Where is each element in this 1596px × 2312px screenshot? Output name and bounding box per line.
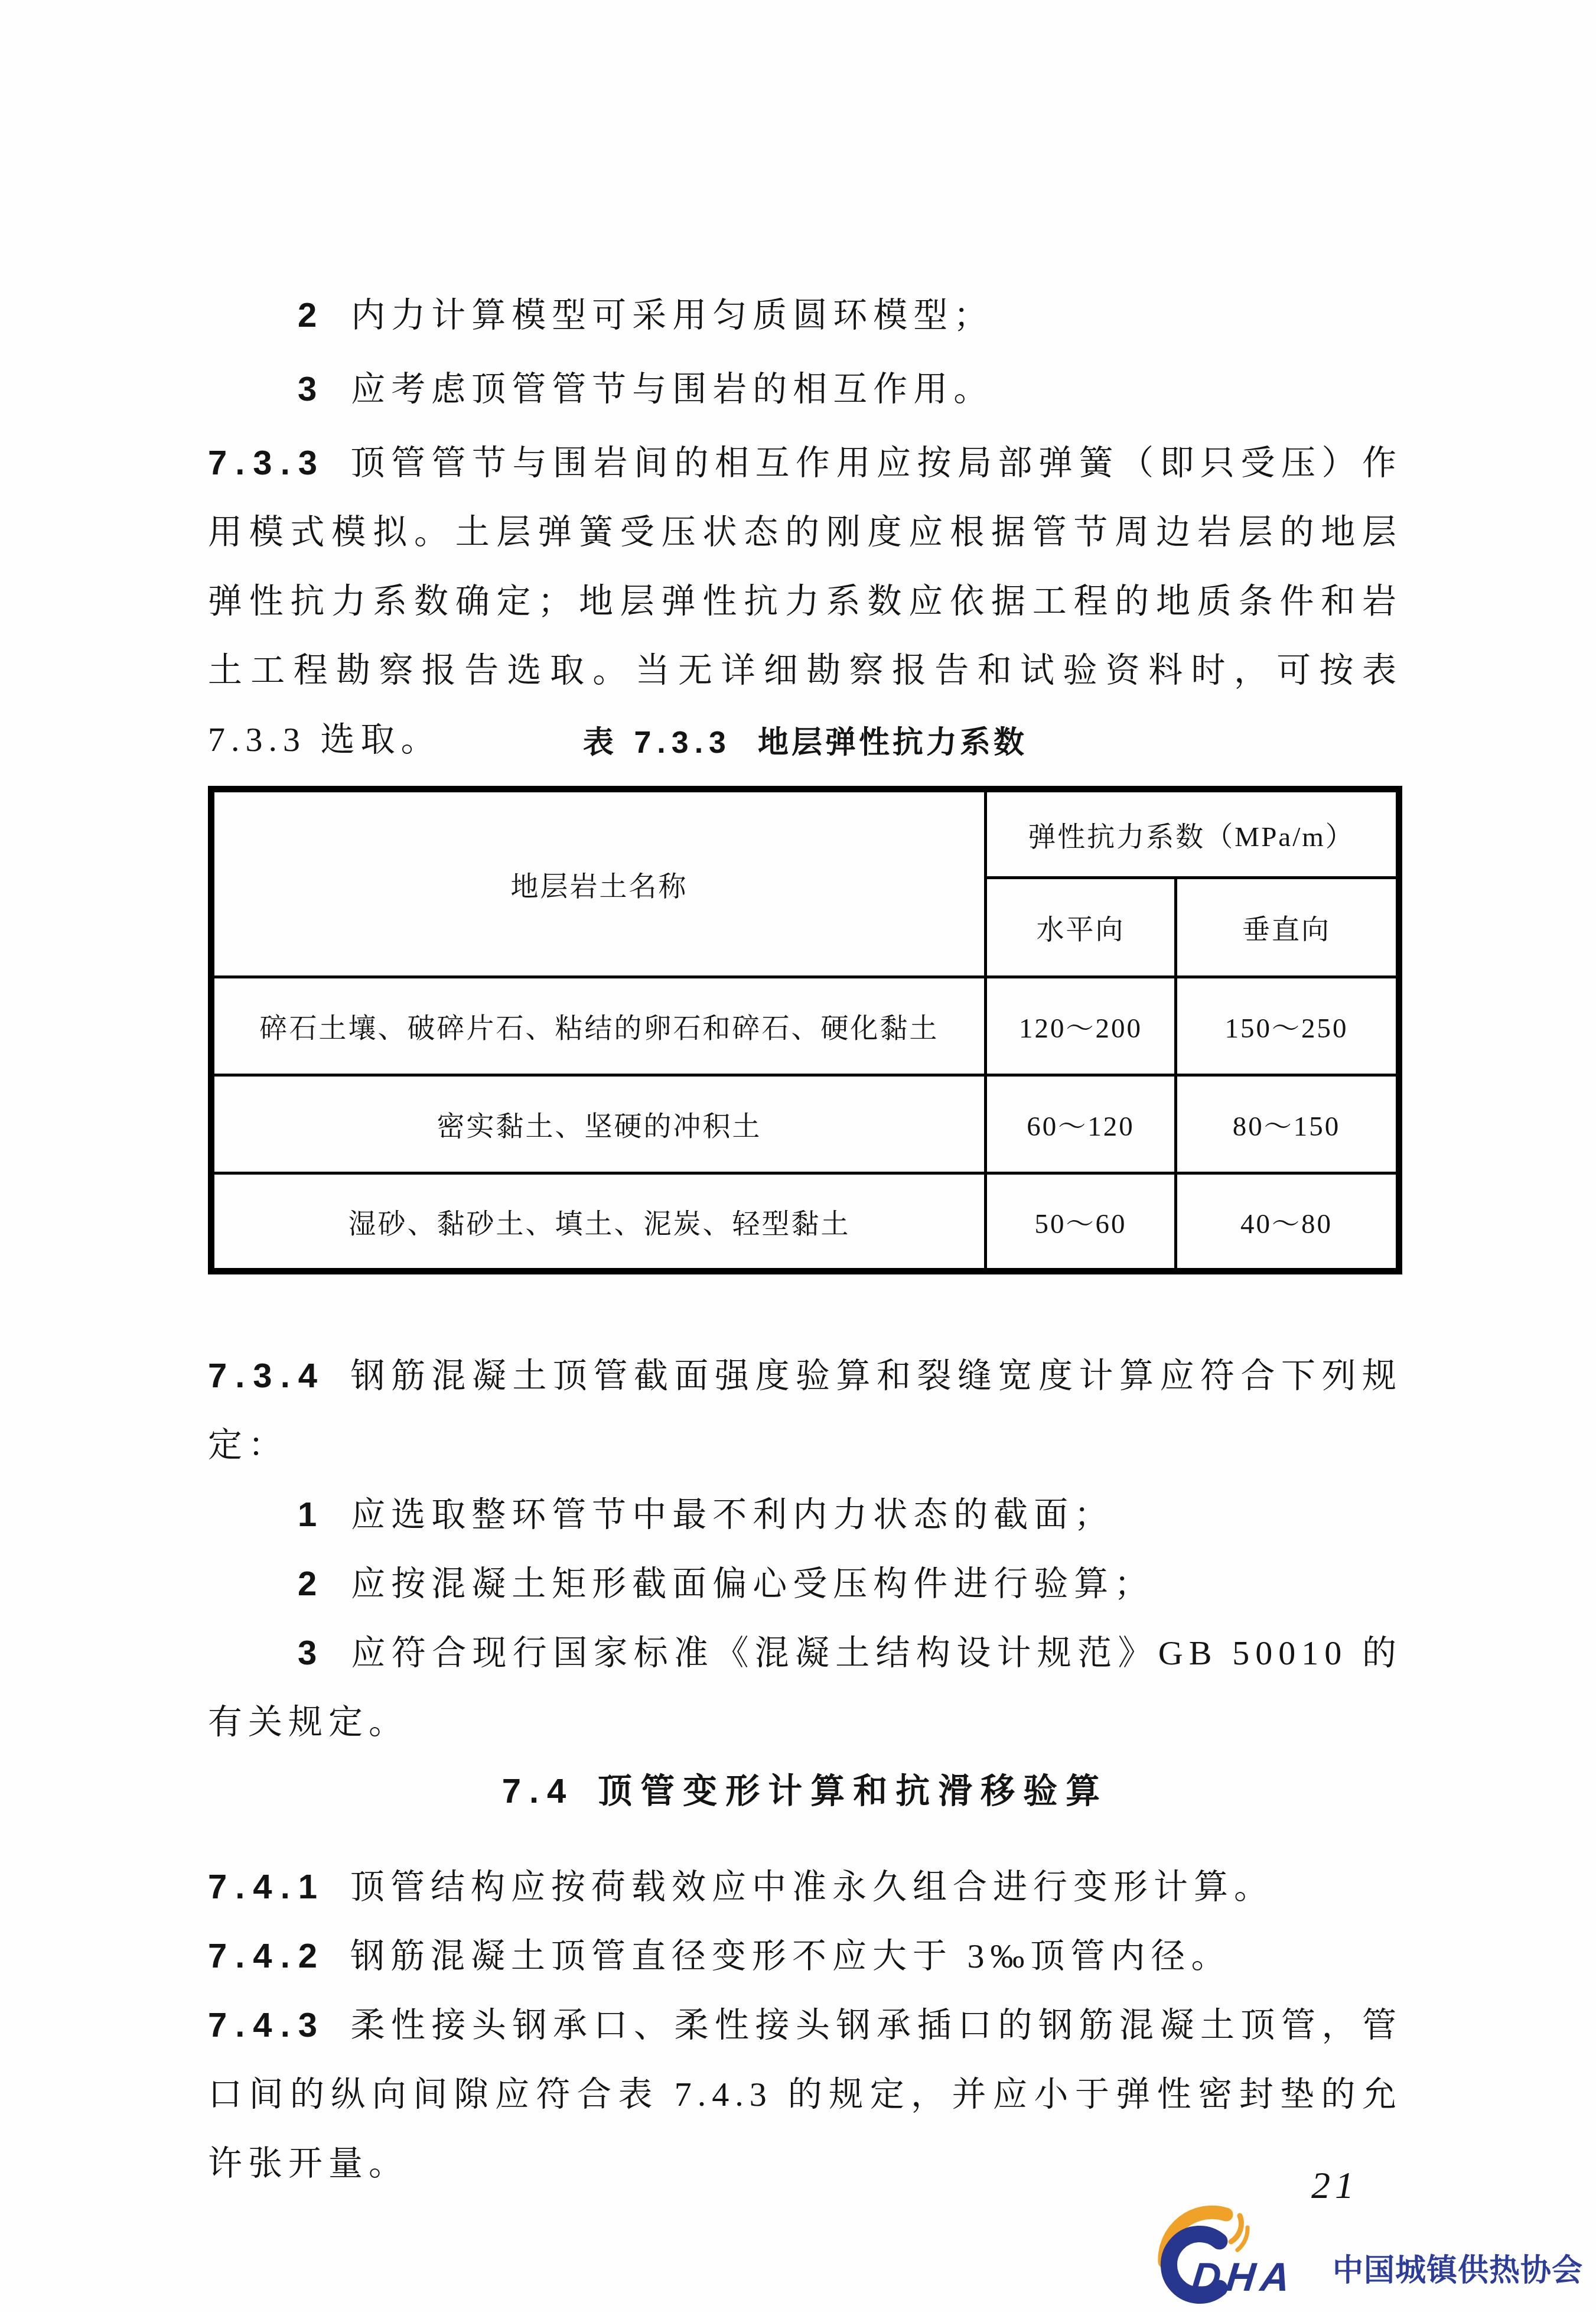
cell-vertical-value: 80～150	[1175, 1075, 1399, 1173]
clause-number: 7.4.2	[208, 1937, 325, 1975]
clause-7-3-4: 7.3.4钢筋混凝土顶管截面强度验算和裂缝宽度计算应符合下列规定：	[208, 1341, 1402, 1479]
clause-number: 7.4.3	[208, 2006, 325, 2044]
clause-text: 钢筋混凝土顶管直径变形不应大于 3‰顶管内径。	[350, 1937, 1232, 1975]
cell-horizontal-value: 120～200	[986, 977, 1176, 1075]
clause-number: 7.4.1	[208, 1868, 325, 1906]
list-item-text: 应按混凝土矩形截面偏心受压构件进行验算；	[351, 1565, 1154, 1603]
logo-acronym: DHA	[1190, 2257, 1297, 2297]
logo-association-name: 中国城镇供热协会	[1333, 2252, 1583, 2289]
page-number: 21	[1252, 2165, 1418, 2206]
cell-horizontal-value: 60～120	[986, 1075, 1176, 1173]
list-item-number: 2	[298, 296, 318, 334]
cell-soil-name: 湿砂、黏砂土、填土、泥炭、轻型黏土	[211, 1173, 986, 1272]
table-title-text: 地层弹性抗力系数	[758, 726, 1027, 760]
document-page: 2内力计算模型可采用匀质圆环模型； 3应考虑顶管管节与围岩的相互作用。 7.3.…	[0, 0, 1596, 2312]
section-heading-7-4: 7.4顶管变形计算和抗滑移验算	[208, 1757, 1402, 1826]
list-item-3: 3应考虑顶管管节与围岩的相互作用。	[208, 355, 1402, 424]
cell-vertical-value: 40～80	[1175, 1173, 1399, 1272]
clause-text: 顶管管节与围岩间的相互作用应按局部弹簧（即只受压）作用模式模拟。土层弹簧受压状态…	[208, 444, 1402, 759]
list-item-text: 应选取整环管节中最不利内力状态的截面；	[351, 1495, 1114, 1534]
list-item-number: 3	[298, 1634, 318, 1672]
list-item-text: 应考虑顶管管节与围岩的相互作用。	[351, 370, 994, 408]
association-logo: DHA 中国城镇供热协会	[1155, 2203, 1581, 2310]
clause-7-4-1: 7.4.1顶管结构应按荷载效应中准永久组合进行变形计算。	[208, 1852, 1402, 1921]
clause-7-4-3: 7.4.3柔性接头钢承口、柔性接头钢承插口的钢筋混凝土顶管，管口间的纵向间隙应符…	[208, 1991, 1402, 2198]
cell-soil-name: 密实黏土、坚硬的冲积土	[211, 1075, 986, 1173]
header-cell-vertical: 垂直向	[1175, 878, 1399, 977]
header-cell-horizontal: 水平向	[986, 878, 1176, 977]
list-item-1: 1应选取整环管节中最不利内力状态的截面；	[208, 1480, 1402, 1549]
list-item-text: 应符合现行国家标准《混凝土结构设计规范》GB 50010 的有关规定。	[208, 1634, 1402, 1741]
table-row: 湿砂、黏砂土、填土、泥炭、轻型黏土 50～60 40～80	[211, 1173, 1399, 1272]
clause-number: 7.3.3	[208, 444, 325, 482]
page-body: 2内力计算模型可采用匀质圆环模型； 3应考虑顶管管节与围岩的相互作用。 7.3.…	[208, 0, 1402, 2312]
cell-vertical-value: 150～250	[1175, 977, 1399, 1075]
table-header-row: 地层岩土名称 弹性抗力系数（MPa/m）	[211, 789, 1399, 878]
header-cell-coefficient-group: 弹性抗力系数（MPa/m）	[986, 789, 1399, 878]
table-7-3-3: 地层岩土名称 弹性抗力系数（MPa/m） 水平向 垂直向 碎石土壤、破碎片石、粘…	[208, 786, 1402, 1274]
list-item-number: 3	[298, 370, 318, 408]
clause-7-4-2: 7.4.2钢筋混凝土顶管直径变形不应大于 3‰顶管内径。	[208, 1921, 1402, 1991]
table-title: 表 7.3.3地层弹性抗力系数	[208, 722, 1402, 763]
section-title: 顶管变形计算和抗滑移验算	[598, 1772, 1108, 1810]
clause-text: 钢筋混凝土顶管截面强度验算和裂缝宽度计算应符合下列规定：	[208, 1357, 1402, 1464]
table-row: 密实黏土、坚硬的冲积土 60～120 80～150	[211, 1075, 1399, 1173]
cell-soil-name: 碎石土壤、破碎片石、粘结的卵石和碎石、硬化黏土	[211, 977, 986, 1075]
clause-text: 顶管结构应按荷载效应中准永久组合进行变形计算。	[350, 1868, 1274, 1906]
table-number: 表 7.3.3	[583, 726, 732, 760]
table-row: 碎石土壤、破碎片石、粘结的卵石和碎石、硬化黏土 120～200 150～250	[211, 977, 1399, 1075]
clause-number: 7.3.4	[208, 1357, 325, 1395]
clause-text: 柔性接头钢承口、柔性接头钢承插口的钢筋混凝土顶管，管口间的纵向间隙应符合表 7.…	[208, 2006, 1402, 2183]
list-item-3: 3应符合现行国家标准《混凝土结构设计规范》GB 50010 的有关规定。	[208, 1618, 1402, 1757]
list-item-2: 2应按混凝土矩形截面偏心受压构件进行验算；	[208, 1549, 1402, 1618]
list-item-text: 内力计算模型可采用匀质圆环模型；	[351, 296, 994, 334]
header-cell-soil-name: 地层岩土名称	[211, 789, 986, 977]
list-item-2: 2内力计算模型可采用匀质圆环模型；	[208, 281, 1402, 350]
list-item-number: 1	[298, 1495, 318, 1534]
list-item-number: 2	[298, 1565, 318, 1603]
section-number: 7.4	[502, 1772, 575, 1810]
cell-horizontal-value: 50～60	[986, 1173, 1176, 1272]
